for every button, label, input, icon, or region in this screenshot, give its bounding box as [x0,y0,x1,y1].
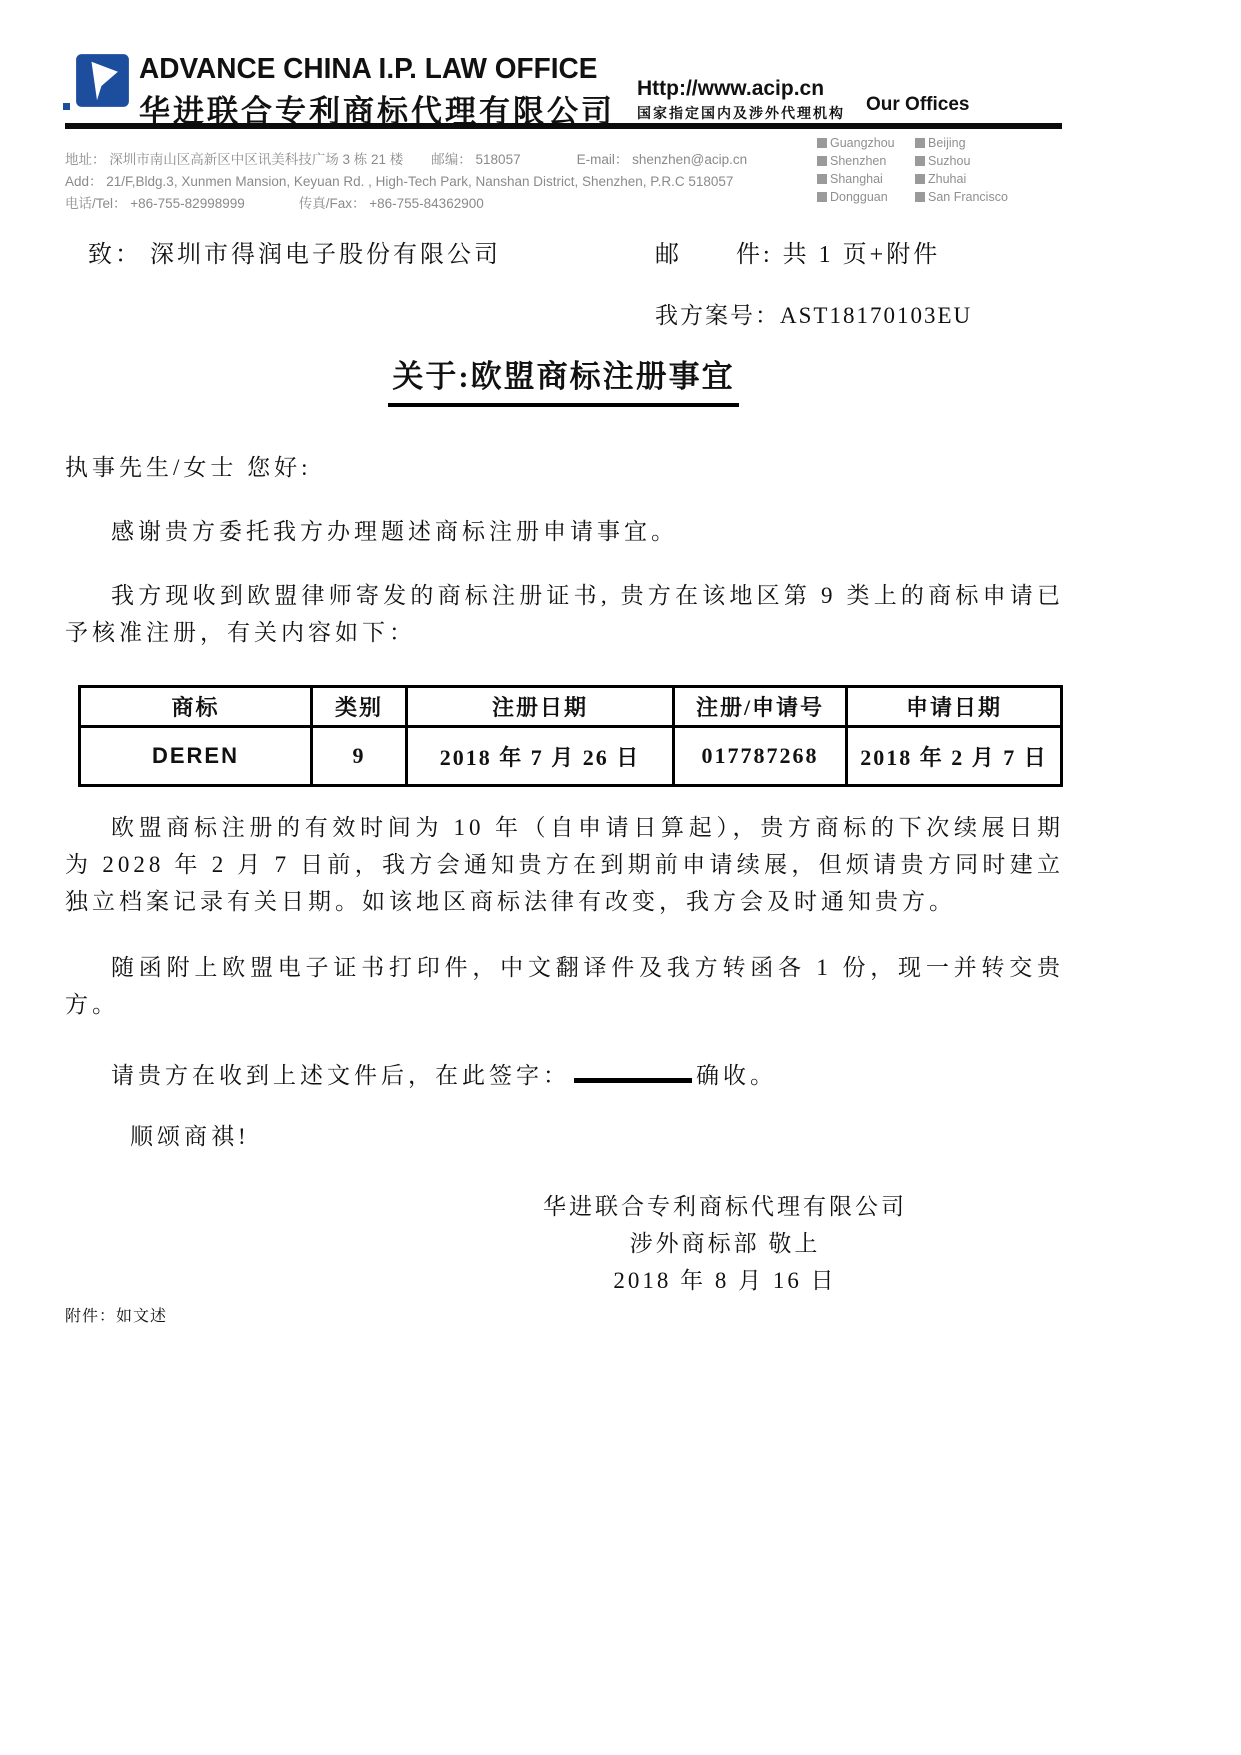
sign-request-line: 请贵方在收到上述文件后，在此签字：确收。 [65,1052,777,1094]
contact-line-3: 电话/Tel： +86-755-82998999传真/Fax： +86-755-… [65,193,747,215]
contact-tel: 电话/Tel： +86-755-82998999 [65,196,245,211]
closing: 顺颂商祺! [130,1118,250,1155]
table-header-row: 商标 类别 注册日期 注册/申请号 申请日期 [80,687,1062,727]
office-bullet-icon [817,192,827,202]
company-name-block: ADVANCE CHINA I.P. LAW OFFICE 华进联合专利商标代理… [139,53,615,131]
trademark-table: 商标 类别 注册日期 注册/申请号 申请日期 DEREN 9 2018 年 7 … [78,685,1063,787]
office-label: Shenzhen [830,154,886,168]
mail-label: 邮 件: [655,242,773,268]
office-bullet-icon [817,138,827,148]
header-rule [65,123,1062,129]
office-bullet-icon [915,138,925,148]
to-label: 致： [88,242,142,268]
contact-email: E-mail： shenzhen@acip.cn [577,152,748,167]
signature-block: 华进联合专利商标代理有限公司 涉外商标部 敬上 2018 年 8 月 16 日 [400,1188,1050,1299]
office-item: Beijing [915,134,1008,152]
class-cell: 9 [312,727,407,786]
mail-value: 共 1 页+附件 [783,242,941,268]
column-header-reg-no: 注册/申请号 [674,687,847,727]
app-date-cell: 2018 年 2 月 7 日 [847,727,1062,786]
contact-address-en: Add： 21/F,Bldg.3, Xunmen Mansion, Keyuan… [65,171,747,193]
contact-postcode: 邮编： 518057 [431,152,520,167]
contact-fax: 传真/Fax： +86-755-84362900 [299,196,484,211]
column-header-class: 类别 [312,687,407,727]
office-label: Suzhou [928,154,970,168]
office-label: Dongguan [830,190,888,204]
attachment-note: 附件：如文述 [65,1303,167,1326]
contact-address-cn: 地址： 深圳市南山区高新区中区讯美科技广场 3 栋 21 楼 [65,152,403,167]
column-header-trademark: 商标 [80,687,312,727]
office-bullet-icon [915,174,925,184]
reg-no-cell: 017787268 [674,727,847,786]
column-header-reg-date: 注册日期 [407,687,674,727]
office-item: Guangzhou [817,134,915,152]
office-bullet-icon [915,192,925,202]
company-name-en: ADVANCE CHINA I.P. LAW OFFICE [139,53,615,86]
sign-request-post: 确收。 [696,1063,777,1088]
document-page: ADVANCE CHINA I.P. LAW OFFICE 华进联合专利商标代理… [0,0,1241,1755]
website-url: Http://www.acip.cn [637,77,845,101]
signature-dept: 涉外商标部 敬上 [400,1225,1050,1262]
office-item: Shenzhen [817,152,915,170]
office-label: Shanghai [830,172,883,186]
signature-date: 2018 年 8 月 16 日 [400,1262,1050,1299]
contact-line-1: 地址： 深圳市南山区高新区中区讯美科技广场 3 栋 21 楼邮编： 518057… [65,149,747,171]
table-row: DEREN 9 2018 年 7 月 26 日 017787268 2018 年… [80,727,1062,786]
paragraph-validity: 欧盟商标注册的有效时间为 10 年（自申请日算起），贵方商标的下次续展日期为 2… [65,809,1064,920]
office-item: Dongguan [817,188,915,206]
paragraph-registration: 我方现收到欧盟律师寄发的商标注册证书, 贵方在该地区第 9 类上的商标申请已予核… [65,577,1064,651]
contact-block: 地址： 深圳市南山区高新区中区讯美科技广场 3 栋 21 楼邮编： 518057… [65,149,747,215]
case-label: 我方案号： [655,303,780,328]
office-item: Suzhou [915,152,1008,170]
office-item: Shanghai [817,170,915,188]
logo-dot [63,103,70,110]
office-bullet-icon [817,156,827,166]
salutation: 执事先生/女士 您好: [65,449,312,486]
case-number-line: 我方案号：AST18170103EU [655,297,972,330]
office-bullet-icon [915,156,925,166]
reg-date-cell: 2018 年 7 月 26 日 [407,727,674,786]
website-block: Http://www.acip.cn 国家指定国内及涉外代理机构 [637,77,845,123]
title-row: 关于:欧盟商标注册事宜 [65,351,1062,407]
offices-list: Guangzhou Shenzhen Shanghai Dongguan Bei… [817,134,1008,206]
sign-request-pre: 请贵方在收到上述文件后，在此签字： [111,1063,570,1088]
paragraph-enclosures: 随函附上欧盟电子证书打印件，中文翻译件及我方转函各 1 份，现一并转交贵方。 [65,949,1064,1023]
website-tagline: 国家指定国内及涉外代理机构 [637,103,845,123]
office-label: Zhuhai [928,172,966,186]
office-label: San Francisco [928,190,1008,204]
letter-title: 关于:欧盟商标注册事宜 [388,351,738,407]
our-offices-heading: Our Offices [866,94,969,116]
office-item: San Francisco [915,188,1008,206]
company-logo-icon [75,52,130,109]
office-label: Beijing [928,136,966,150]
mail-line: 邮 件:共 1 页+附件 [655,234,940,269]
office-item: Zhuhai [915,170,1008,188]
recipient-line: 致：深圳市得润电子股份有限公司 [88,234,501,269]
signature-line [574,1052,692,1083]
column-header-app-date: 申请日期 [847,687,1062,727]
trademark-logo: DEREN [80,727,312,786]
case-value: AST18170103EU [780,303,972,328]
office-bullet-icon [817,174,827,184]
to-value: 深圳市得润电子股份有限公司 [150,242,501,268]
office-label: Guangzhou [830,136,895,150]
signature-company: 华进联合专利商标代理有限公司 [400,1188,1050,1225]
paragraph-thanks: 感谢贵方委托我方办理题述商标注册申请事宜。 [65,513,1064,550]
